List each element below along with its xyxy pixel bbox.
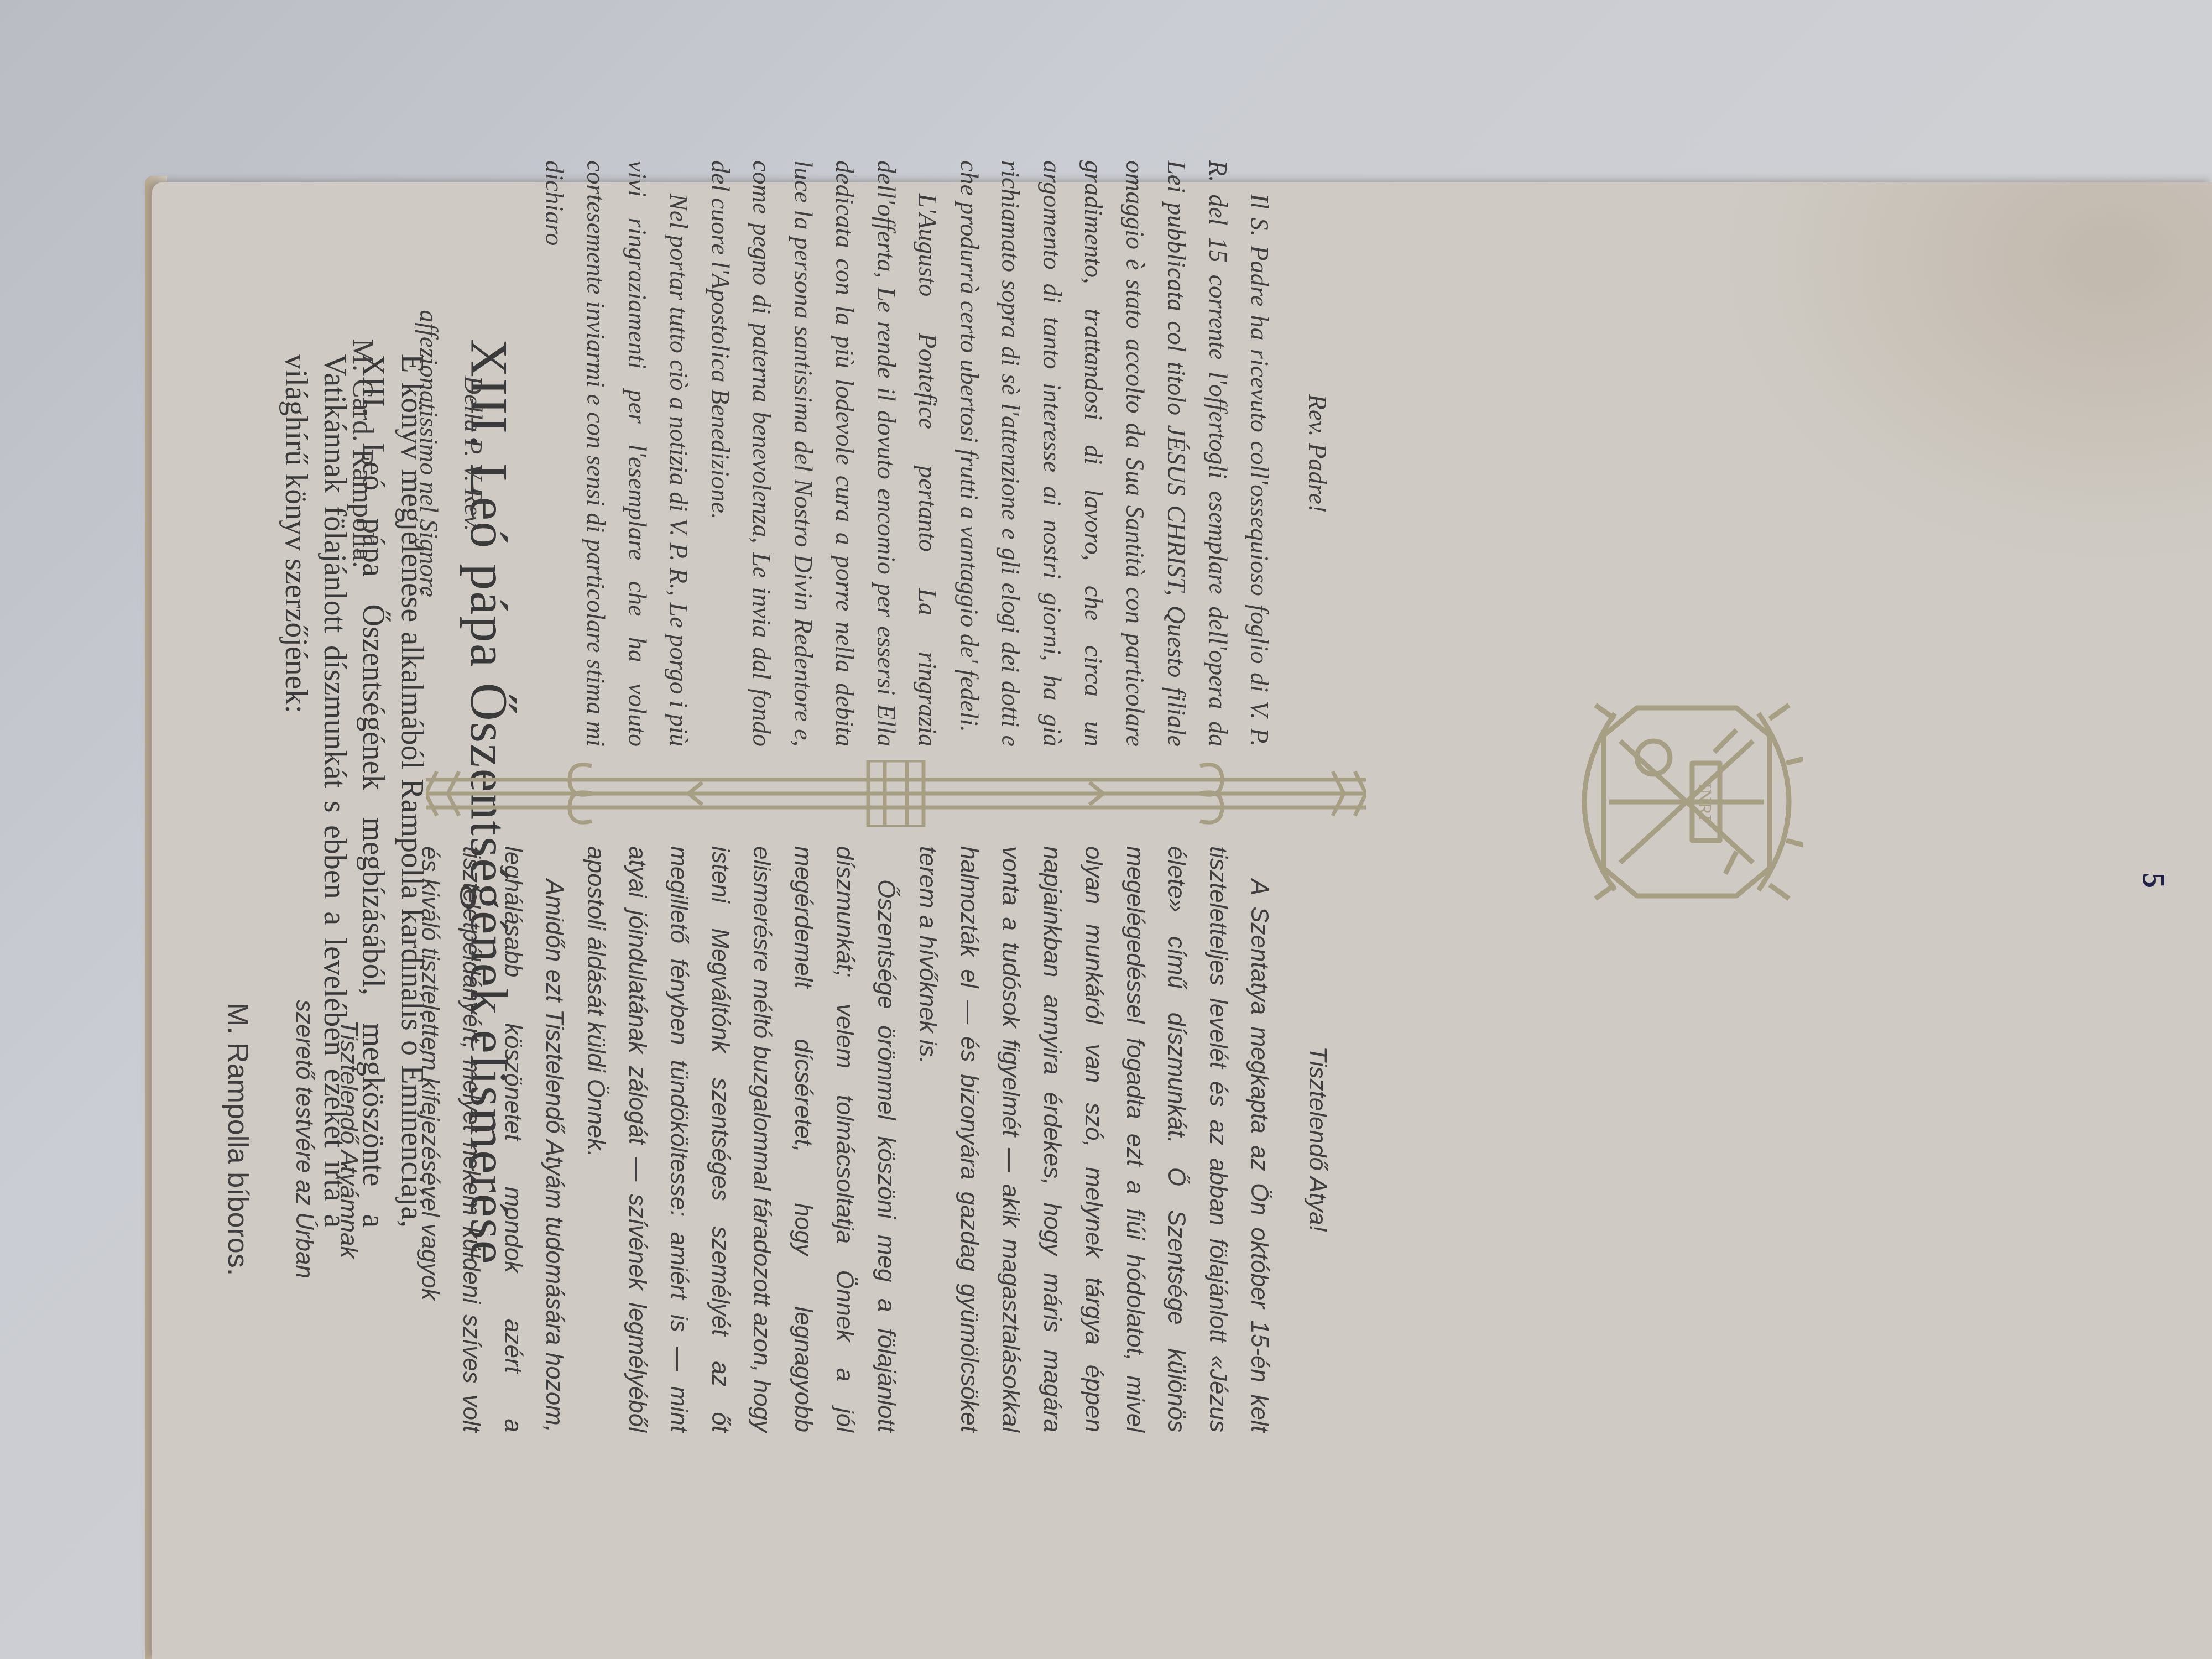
hungarian-letter: Tisztelendő Atya! A Szentatya megkapta a… (216, 846, 1338, 1432)
hungarian-salutation: Tisztelendő Atya! (1297, 846, 1338, 1432)
italian-closing-line: Della P. V. Rev. (451, 160, 495, 747)
hungarian-signature-block: Tisztelendő Atyámnak szerető testvére az… (216, 846, 371, 1432)
italian-signature: M. Card. Rampolla. (340, 160, 384, 747)
hungarian-paragraph: Őszentsége örömmel köszöni meg a fölaján… (575, 846, 907, 1432)
italian-paragraph: L'Augusto Pontefice pertanto La ringrazi… (700, 160, 948, 747)
italian-paragraph: Nel portar tutto ciò a notizia di V. P. … (534, 160, 700, 747)
svg-text:INRI: INRI (1694, 782, 1715, 821)
hungarian-closing-line: Tisztelendő Atyámnak (326, 846, 371, 1432)
hungarian-paragraph: A Szentatya megkapta az Ön október 15-én… (907, 846, 1280, 1432)
italian-paragraph: Il S. Padre ha ricevuto coll'ossequioso … (948, 160, 1280, 747)
page-content: XIII. Leó pápa Őszentségének elismerése … (94, 133, 1919, 1471)
hungarian-signature: M. Rampolla bíboros. (216, 846, 260, 1432)
crown-of-thorns-emblem-icon: INRI (1582, 697, 1803, 907)
italian-salutation: Rev. Padre! (1297, 160, 1338, 747)
italian-closing-line: affezionatissimo nel Signore (406, 160, 451, 747)
page-number: 5 (2136, 873, 2171, 888)
ornament-divider-icon (426, 760, 1366, 827)
hungarian-closing-line: szerető testvére az Úrban (282, 846, 326, 1432)
italian-signature-block: Della P. V. Rev. affezionatissimo nel Si… (340, 160, 495, 747)
hungarian-paragraph: Amidőn ezt Tisztelendő Atyám tudomására … (409, 846, 575, 1432)
italian-letter: Rev. Padre! Il S. Padre ha ricevuto coll… (340, 160, 1338, 747)
